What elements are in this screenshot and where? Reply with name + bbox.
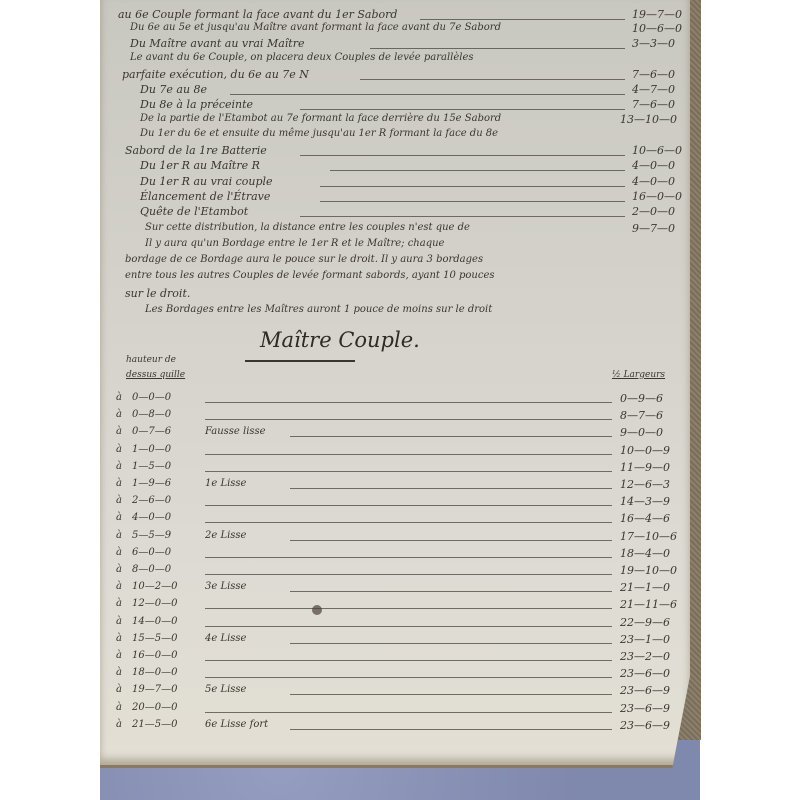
line-value: 10—6—0 <box>632 144 682 157</box>
row-height-value: 10—2—0 <box>132 581 177 592</box>
row-height-value: 19—7—0 <box>132 684 177 695</box>
line-value: 16—0—0 <box>632 190 682 203</box>
ruled-line <box>300 216 625 217</box>
row-half-width-value: 18—4—0 <box>620 547 670 560</box>
row-height-value: 15—5—0 <box>132 633 177 644</box>
text-line: Le avant du 6e Couple, on placera deux C… <box>130 52 474 63</box>
ruled-line <box>205 505 612 506</box>
text-line: Du 6e au 5e et jusqu'au Maître avant for… <box>130 22 501 33</box>
title-underline <box>245 360 355 362</box>
line-value: 4—0—0 <box>632 175 675 188</box>
ruled-line <box>290 540 612 541</box>
row-prefix: à <box>116 392 122 403</box>
ruled-line <box>300 155 625 156</box>
row-height-value: 18—0—0 <box>132 667 177 678</box>
ruled-line <box>290 643 612 644</box>
text-line: sur le droit. <box>125 287 190 300</box>
row-height-value: 0—0—0 <box>132 392 171 403</box>
row-prefix: à <box>116 633 122 644</box>
ruled-line <box>290 591 612 592</box>
ruled-line <box>370 48 625 49</box>
text-line: Élancement de l'Étrave <box>140 190 270 203</box>
ruled-line <box>290 694 612 695</box>
row-height-value: 1—0—0 <box>132 444 171 455</box>
row-prefix: à <box>116 409 122 420</box>
row-prefix: à <box>116 616 122 627</box>
ruled-line <box>300 109 625 110</box>
ruled-line <box>320 201 625 202</box>
row-prefix: à <box>116 667 122 678</box>
row-prefix: à <box>116 444 122 455</box>
ruled-line <box>205 712 612 713</box>
text-line: De la partie de l'Etambot au 7e formant … <box>140 113 501 124</box>
text-line: Il y aura qu'un Bordage entre le 1er R e… <box>145 238 444 249</box>
row-prefix: à <box>116 598 122 609</box>
text-line: parfaite exécution, du 6e au 7e N <box>122 68 309 81</box>
row-half-width-value: 16—4—6 <box>620 512 670 525</box>
ink-blot <box>312 605 322 615</box>
section-title: Maître Couple. <box>260 328 420 352</box>
row-label: 6e Lisse fort <box>205 719 268 730</box>
ruled-line <box>205 660 612 661</box>
text-line: Quête de l'Etambot <box>140 205 248 218</box>
line-value: 4—0—0 <box>632 159 675 172</box>
line-value: 2—0—0 <box>632 205 675 218</box>
row-prefix: à <box>116 478 122 489</box>
row-height-value: 5—5—9 <box>132 530 171 541</box>
row-half-width-value: 9—0—0 <box>620 426 663 439</box>
row-prefix: à <box>116 547 122 558</box>
text-line: Du 8e à la préceinte <box>140 98 253 111</box>
ruled-line <box>290 436 612 437</box>
text-line: Du 1er R au vrai couple <box>140 175 273 188</box>
text-line: entre tous les autres Couples de levée f… <box>125 270 495 281</box>
ruled-line <box>205 471 612 472</box>
row-height-value: 0—7—6 <box>132 426 171 437</box>
row-label: 3e Lisse <box>205 581 246 592</box>
row-prefix: à <box>116 426 122 437</box>
row-height-value: 14—0—0 <box>132 616 177 627</box>
row-label: Fausse lisse <box>205 426 266 437</box>
row-height-value: 16—0—0 <box>132 650 177 661</box>
line-value: 4—7—0 <box>632 83 675 96</box>
column-header-height-2: dessus quille <box>126 370 185 380</box>
row-height-value: 1—9—6 <box>132 478 171 489</box>
row-height-value: 2—6—0 <box>132 495 171 506</box>
row-half-width-value: 14—3—9 <box>620 495 670 508</box>
column-header-height-1: hauteur de <box>126 355 176 365</box>
line-value: 10—6—0 <box>632 22 682 35</box>
ruled-line <box>205 557 612 558</box>
text-line: Du 7e au 8e <box>140 83 207 96</box>
ruled-line <box>205 454 612 455</box>
text-line: Sur cette distribution, la distance entr… <box>145 222 470 233</box>
ruled-line <box>205 522 612 523</box>
row-label: 5e Lisse <box>205 684 246 695</box>
line-value: 9—7—0 <box>632 222 675 235</box>
row-half-width-value: 22—9—6 <box>620 616 670 629</box>
ruled-line <box>205 574 612 575</box>
row-half-width-value: 11—9—0 <box>620 461 670 474</box>
row-half-width-value: 12—6—3 <box>620 478 670 491</box>
ruled-line <box>230 94 625 95</box>
row-half-width-value: 21—11—6 <box>620 598 677 611</box>
row-prefix: à <box>116 564 122 575</box>
ruled-line <box>205 677 612 678</box>
text-line: Du 1er R au Maître R <box>140 159 260 172</box>
row-half-width-value: 19—10—0 <box>620 564 677 577</box>
row-height-value: 6—0—0 <box>132 547 171 558</box>
row-height-value: 21—5—0 <box>132 719 177 730</box>
row-half-width-value: 23—2—0 <box>620 650 670 663</box>
row-half-width-value: 10—0—9 <box>620 444 670 457</box>
row-prefix: à <box>116 512 122 523</box>
text-line: Sabord de la 1re Batterie <box>125 144 267 157</box>
ruled-line <box>290 729 612 730</box>
row-prefix: à <box>116 530 122 541</box>
row-prefix: à <box>116 684 122 695</box>
ruled-line <box>360 79 625 80</box>
row-prefix: à <box>116 650 122 661</box>
ruled-line <box>205 626 612 627</box>
row-prefix: à <box>116 461 122 472</box>
row-half-width-value: 23—6—9 <box>620 702 670 715</box>
row-prefix: à <box>116 719 122 730</box>
text-line: au 6e Couple formant la face avant du 1e… <box>118 8 397 21</box>
text-line: Du Maître avant au vrai Maître <box>130 37 304 50</box>
row-half-width-value: 23—6—0 <box>620 667 670 680</box>
ruled-line <box>330 170 625 171</box>
row-half-width-value: 17—10—6 <box>620 530 677 543</box>
line-value: 7—6—0 <box>632 68 675 81</box>
row-half-width-value: 23—6—9 <box>620 684 670 697</box>
row-label: 1e Lisse <box>205 478 246 489</box>
line-value: 19—7—0 <box>632 8 682 21</box>
row-label: 4e Lisse <box>205 633 246 644</box>
row-height-value: 20—0—0 <box>132 702 177 713</box>
row-height-value: 8—0—0 <box>132 564 171 575</box>
ruled-line <box>290 488 612 489</box>
row-half-width-value: 23—6—9 <box>620 719 670 732</box>
row-prefix: à <box>116 702 122 713</box>
column-header-half-widths: ½ Largeurs <box>612 370 665 380</box>
ruled-line <box>205 608 612 609</box>
text-line: bordage de ce Bordage aura le pouce sur … <box>125 254 483 265</box>
ruled-line <box>205 402 612 403</box>
row-half-width-value: 21—1—0 <box>620 581 670 594</box>
row-half-width-value: 0—9—6 <box>620 392 663 405</box>
row-prefix: à <box>116 581 122 592</box>
row-prefix: à <box>116 495 122 506</box>
row-height-value: 12—0—0 <box>132 598 177 609</box>
ruled-line <box>420 19 625 20</box>
row-half-width-value: 23—1—0 <box>620 633 670 646</box>
text-line: Du 1er du 6e et ensuite du même jusqu'au… <box>140 128 498 139</box>
text-line: Les Bordages entre les Maîtres auront 1 … <box>145 304 492 315</box>
row-height-value: 0—8—0 <box>132 409 171 420</box>
row-height-value: 4—0—0 <box>132 512 171 523</box>
line-value: 13—10—0 <box>620 113 677 126</box>
row-label: 2e Lisse <box>205 530 246 541</box>
line-value: 7—6—0 <box>632 98 675 111</box>
row-height-value: 1—5—0 <box>132 461 171 472</box>
row-half-width-value: 8—7—6 <box>620 409 663 422</box>
ruled-line <box>320 186 625 187</box>
line-value: 3—3—0 <box>632 37 675 50</box>
ruled-line <box>205 419 612 420</box>
